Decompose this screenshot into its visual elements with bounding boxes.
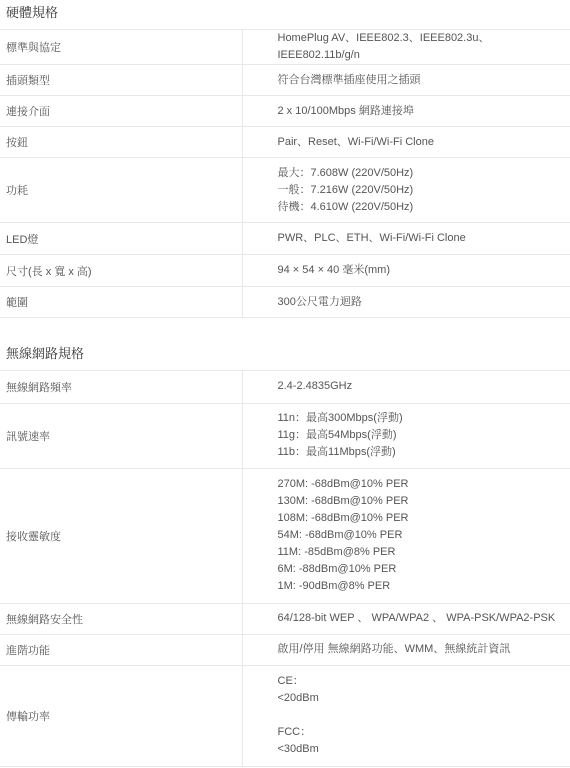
spec-value-line: 符合台灣標準插座使用之插頭 [278, 72, 570, 89]
spec-row: 插頭類型符合台灣標準插座使用之插頭 [0, 65, 570, 96]
spec-row: 無線網路頻率2.4-2.4835GHz [0, 371, 570, 403]
spec-row: 接收靈敏度270M: -68dBm@10% PER130M: -68dBm@10… [0, 468, 570, 603]
spec-value-line: 最大：7.608W (220V/50Hz) [278, 165, 570, 182]
spec-value: 11n：最高300Mbps(浮動)11g：最高54Mbps(浮動)11b：最高1… [242, 403, 570, 468]
spec-value-line: 待機：4.610W (220V/50Hz) [278, 199, 570, 216]
spec-row: 尺寸(長 x 寬 x 高)94 × 54 × 40 毫米(mm) [0, 255, 570, 287]
spec-label: 尺寸(長 x 寬 x 高) [0, 255, 242, 287]
spec-value: PWR、PLC、ETH、Wi-Fi/Wi-Fi Clone [242, 223, 570, 255]
spec-label: 訊號速率 [0, 403, 242, 468]
spec-row: 訊號速率11n：最高300Mbps(浮動)11g：最高54Mbps(浮動)11b… [0, 403, 570, 468]
spec-row: 無線網路安全性64/128-bit WEP 、 WPA/WPA2 、 WPA-P… [0, 603, 570, 634]
spec-row: 範圍300公尺電力迴路 [0, 287, 570, 318]
spec-table: 標準與協定HomePlug AV、IEEE802.3、IEEE802.3u、IE… [0, 30, 570, 318]
spec-value-line [278, 707, 570, 724]
spec-table: 無線網路頻率2.4-2.4835GHz訊號速率11n：最高300Mbps(浮動)… [0, 371, 570, 767]
spec-value: 啟用/停用 無線網路功能、WMM、無線統計資訊 [242, 634, 570, 665]
spec-row: 連接介面2 x 10/100Mbps 網路連接埠 [0, 96, 570, 127]
spec-page: 硬體規格標準與協定HomePlug AV、IEEE802.3、IEEE802.3… [0, 0, 570, 767]
spec-row: 按鈕Pair、Reset、Wi-Fi/Wi-Fi Clone [0, 127, 570, 158]
spec-row: 進階功能啟用/停用 無線網路功能、WMM、無線統計資訊 [0, 634, 570, 665]
spec-value-line: 2.4-2.4835GHz [278, 378, 570, 395]
spec-label: 無線網路安全性 [0, 603, 242, 634]
spec-value: 64/128-bit WEP 、 WPA/WPA2 、 WPA-PSK/WPA2… [242, 603, 570, 634]
spec-value-line: 6M: -88dBm@10% PER [278, 561, 570, 578]
spec-label: LED燈 [0, 223, 242, 255]
spec-label: 標準與協定 [0, 30, 242, 65]
spec-value-line: 54M: -68dBm@10% PER [278, 527, 570, 544]
spec-value: 270M: -68dBm@10% PER130M: -68dBm@10% PER… [242, 468, 570, 603]
spec-value-line: 130M: -68dBm@10% PER [278, 493, 570, 510]
spec-label: 傳輸功率 [0, 665, 242, 766]
spec-value-line: 11n：最高300Mbps(浮動) [278, 410, 570, 427]
spec-value-line: 94 × 54 × 40 毫米(mm) [278, 262, 570, 279]
spec-value-line: 啟用/停用 無線網路功能、WMM、無線統計資訊 [278, 641, 570, 658]
spec-value-line: <20dBm [278, 690, 570, 707]
section-title: 無線網路規格 [0, 341, 570, 371]
spec-value-line: CE： [278, 673, 570, 690]
spec-value-line: FCC： [278, 724, 570, 741]
spec-value-line: HomePlug AV、IEEE802.3、IEEE802.3u、IEEE802… [278, 30, 570, 64]
spec-label: 連接介面 [0, 96, 242, 127]
spec-value-line: 2 x 10/100Mbps 網路連接埠 [278, 103, 570, 120]
spec-label: 按鈕 [0, 127, 242, 158]
spec-row: 功耗最大：7.608W (220V/50Hz)一般：7.216W (220V/5… [0, 158, 570, 223]
spec-value-line: 1M: -90dBm@8% PER [278, 578, 570, 595]
spec-row: 標準與協定HomePlug AV、IEEE802.3、IEEE802.3u、IE… [0, 30, 570, 65]
spec-value: CE：<20dBmFCC：<30dBm [242, 665, 570, 766]
spec-label: 進階功能 [0, 634, 242, 665]
spec-value-line: <30dBm [278, 741, 570, 758]
spec-value-line: 64/128-bit WEP 、 WPA/WPA2 、 WPA-PSK/WPA2… [278, 610, 570, 627]
spec-label: 範圍 [0, 287, 242, 318]
spec-row: 傳輸功率CE：<20dBmFCC：<30dBm [0, 665, 570, 766]
spec-value: 2 x 10/100Mbps 網路連接埠 [242, 96, 570, 127]
spec-value-line: 11g：最高54Mbps(浮動) [278, 427, 570, 444]
spec-value-line: PWR、PLC、ETH、Wi-Fi/Wi-Fi Clone [278, 230, 570, 247]
spec-value: 300公尺電力迴路 [242, 287, 570, 318]
spec-value-line: 108M: -68dBm@10% PER [278, 510, 570, 527]
spec-value-line: 一般：7.216W (220V/50Hz) [278, 182, 570, 199]
section-title: 硬體規格 [0, 0, 570, 30]
spec-value: 符合台灣標準插座使用之插頭 [242, 65, 570, 96]
spec-value-line: 11M: -85dBm@8% PER [278, 544, 570, 561]
spec-value-line: 300公尺電力迴路 [278, 294, 570, 311]
spec-value-line: 11b：最高11Mbps(浮動) [278, 444, 570, 461]
spec-value-line: Pair、Reset、Wi-Fi/Wi-Fi Clone [278, 134, 570, 151]
spec-label: 插頭類型 [0, 65, 242, 96]
spec-label: 無線網路頻率 [0, 371, 242, 403]
spec-value: 2.4-2.4835GHz [242, 371, 570, 403]
spec-value: HomePlug AV、IEEE802.3、IEEE802.3u、IEEE802… [242, 30, 570, 65]
spec-value: 94 × 54 × 40 毫米(mm) [242, 255, 570, 287]
spec-value: 最大：7.608W (220V/50Hz)一般：7.216W (220V/50H… [242, 158, 570, 223]
spec-label: 功耗 [0, 158, 242, 223]
spec-row: LED燈PWR、PLC、ETH、Wi-Fi/Wi-Fi Clone [0, 223, 570, 255]
spec-value-line: 270M: -68dBm@10% PER [278, 476, 570, 493]
spec-value: Pair、Reset、Wi-Fi/Wi-Fi Clone [242, 127, 570, 158]
section-gap [0, 318, 570, 341]
spec-label: 接收靈敏度 [0, 468, 242, 603]
